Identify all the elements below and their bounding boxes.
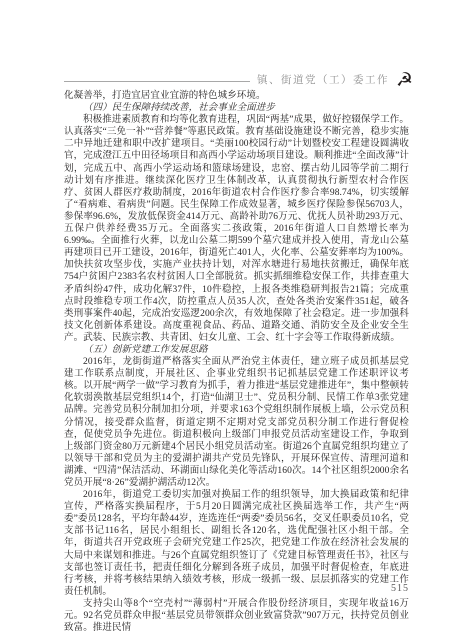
header-rule xyxy=(64,81,250,82)
paragraph-continuation: 化凝善举，打造宜居宜业宜游的特色城乡环境。 xyxy=(64,90,409,102)
chapter-title: 镇、街道党（工）委工作 xyxy=(257,76,389,87)
section-4-paragraph: 积极推进素质教育和均等化教育进程，巩固“两基”成果，做好控辍保学工作。认真落实“… xyxy=(64,114,409,344)
section-5-paragraph-3: 支持尖山等8个“空壳村”“薄弱村”开展合作股份经济项目，实现年收益16万元。92… xyxy=(64,598,409,634)
section-heading-4: （四）民生保障持续改善，社会事业全面进步 xyxy=(64,102,409,114)
section-heading-5: （五）创新党建工作发展思路 xyxy=(64,344,409,356)
page-number: 515 xyxy=(64,583,409,594)
section-5-paragraph-2: 2016年，街道党工委切实加强对换届工作的组织领导，加大换届政策和纪律宣传，严格… xyxy=(64,489,409,598)
party-emblem-icon: ☭ xyxy=(396,71,413,90)
yearbook-page: 镇、街道党（工）委工作 ☭ 化凝善举，打造宜居宜业宜游的特色城乡环境。 （四）民… xyxy=(0,0,468,640)
section-5-paragraph-1: 2016年，龙街街道严格落实全面从严治党主体责任，建立班子成员抓基层党建工作联系… xyxy=(64,356,409,489)
page-body: 化凝善举，打造宜居宜业宜游的特色城乡环境。 （四）民生保障持续改善，社会事业全面… xyxy=(64,90,409,634)
page-header: 镇、街道党（工）委工作 ☭ xyxy=(64,71,413,91)
